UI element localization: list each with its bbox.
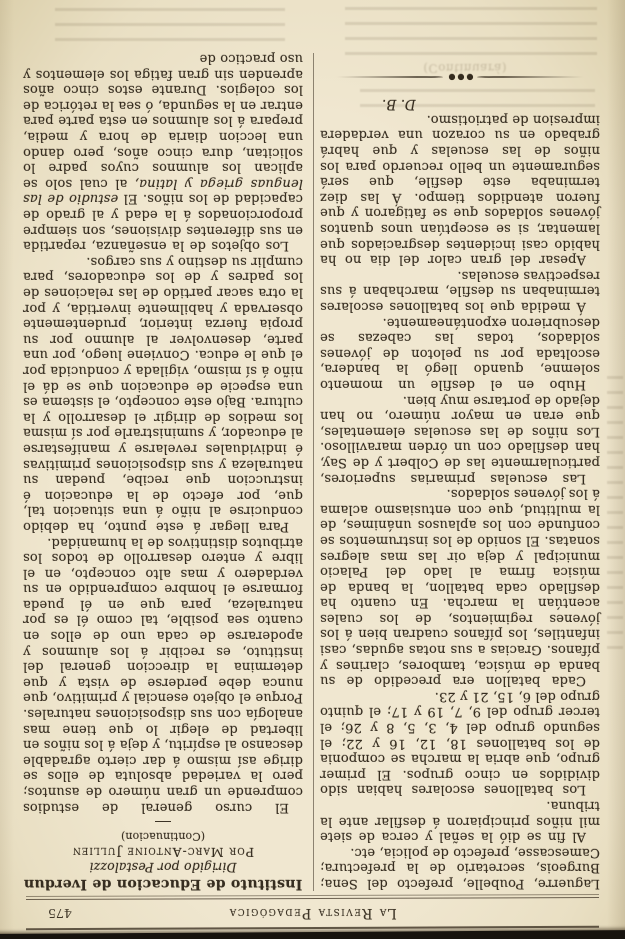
paragraph: Las escuelas primarias superiores, parti…	[320, 392, 600, 486]
ornament-beads: ●●●	[447, 73, 474, 81]
page-edge-shadow	[0, 930, 625, 939]
right-column: Instituto de Educacion de Iverdun Dirigi…	[23, 51, 303, 891]
author-initials: D. B.	[320, 96, 600, 112]
continuation-label: (Continuacion)	[23, 829, 303, 845]
paragraph: Hubo en el desfile un momento solemne, q…	[320, 314, 600, 392]
ornament-line-right	[335, 76, 443, 78]
header-rule-bottom	[26, 897, 599, 900]
page-header: La Revista Pedagógica 475	[26, 895, 599, 929]
bleed-through-smudge	[607, 369, 623, 649]
byline-dash-rule	[155, 821, 171, 822]
article-subtitle: Dirigido por Pestalozzi	[23, 860, 303, 876]
paragraph: Apesar del gran calor del dia no ha habi…	[320, 111, 600, 267]
article-byline: Por Marc-Antoine Jullien	[23, 844, 303, 860]
paragraph-with-italic: Los objetos de la enseñanza, repartida e…	[23, 51, 303, 254]
paragraph: Los batallones escolares habian sido div…	[320, 688, 600, 797]
scanned-document-screenshot: La Revista Pedagógica 475 Laguerre, Poub…	[0, 0, 625, 939]
paragraph-text: al cual solo se aplican los alumnos cuyo…	[23, 51, 303, 191]
paragraph: Al fin se dió la señal y cerca de siete …	[320, 797, 600, 844]
header-row: La Revista Pedagógica 475	[26, 901, 599, 923]
journal-title: La Revista Pedagógica	[26, 905, 599, 921]
column-divider	[313, 53, 314, 891]
two-column-text-block: Laguerre, Poubelle, prefecto del Sena; B…	[25, 6, 600, 891]
scanned-page-rotated-180: La Revista Pedagógica 475 Laguerre, Poub…	[0, 0, 625, 939]
article-title: Instituto de Educacion de Iverdun	[23, 875, 303, 891]
paragraph: Cada batallon era precedido de su banda …	[320, 486, 600, 689]
left-column: Laguerre, Poubelle, prefecto del Sena; B…	[320, 72, 600, 891]
paragraph: Para llegar á este punto, ha debido cond…	[23, 253, 303, 534]
ornament-line-left	[477, 76, 585, 78]
paragraph: El curso general de estudios comprende u…	[23, 534, 303, 815]
paragraph: Á medida que los batallones escolares te…	[320, 267, 600, 314]
paragraph-officials-list: Laguerre, Poubelle, prefecto del Sena; B…	[320, 844, 600, 891]
page-number: 475	[48, 906, 72, 921]
ornament-divider: ●●●	[330, 72, 590, 82]
header-rule-top	[26, 926, 599, 931]
